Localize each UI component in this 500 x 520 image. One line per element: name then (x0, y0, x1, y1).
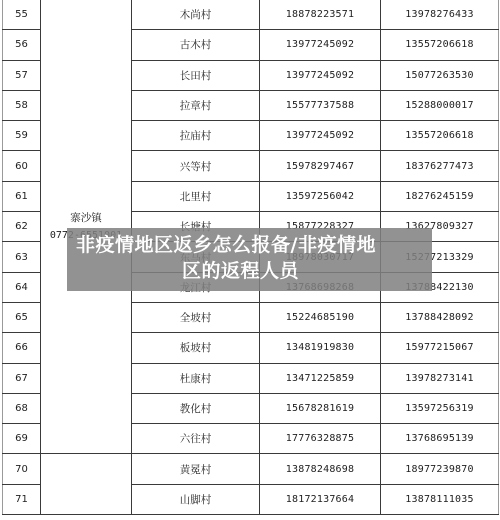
village-name-cell: 教化村 (132, 393, 260, 423)
row-number-cell: 62 (3, 212, 41, 242)
contact-phone-1-cell: 13977245092 (260, 121, 381, 151)
row-number-cell: 56 (3, 30, 41, 60)
row-number-cell: 69 (3, 424, 41, 454)
row-number-cell: 58 (3, 90, 41, 120)
contact-phone-1-cell: 15577737588 (260, 90, 381, 120)
village-name-cell: 兴等村 (132, 151, 260, 181)
row-number-cell: 63 (3, 242, 41, 272)
table-row: 70黄冕村1387824869818977239870 (3, 454, 499, 484)
contact-phone-2-cell: 13788428092 (381, 302, 499, 332)
row-number-cell: 64 (3, 272, 41, 302)
town-name: 寨沙镇 (41, 210, 131, 227)
contact-phone-2-cell: 18977239870 (381, 454, 499, 484)
village-name-cell: 长田村 (132, 60, 260, 90)
village-name-cell: 六往村 (132, 424, 260, 454)
village-name-cell: 板坡村 (132, 333, 260, 363)
contact-phone-1-cell: 15224685190 (260, 302, 381, 332)
banner-title-line-1: 非疫情地区返乡怎么报备/非疫情地 (67, 232, 432, 258)
contact-phone-2-cell: 13557206618 (381, 30, 499, 60)
village-name-cell: 黄冕村 (132, 454, 260, 484)
table-row: 55寨沙镇0772-6551001木尚村18878223571139782764… (3, 0, 499, 30)
row-number-cell: 61 (3, 181, 41, 211)
row-number-cell: 66 (3, 333, 41, 363)
village-name-cell: 全坡村 (132, 302, 260, 332)
village-name-cell: 杜康村 (132, 363, 260, 393)
village-name-cell: 山脚村 (132, 484, 260, 514)
contact-phone-2-cell: 13597256319 (381, 393, 499, 423)
contact-phone-2-cell: 15077263530 (381, 60, 499, 90)
town-cell: 寨沙镇0772-6551001 (41, 0, 132, 454)
contact-phone-1-cell: 15678281619 (260, 393, 381, 423)
contact-phone-1-cell: 13878248698 (260, 454, 381, 484)
contact-phone-1-cell: 13977245092 (260, 30, 381, 60)
row-number-cell: 67 (3, 363, 41, 393)
town-cell (41, 454, 132, 515)
village-name-cell: 木尚村 (132, 0, 260, 30)
contact-phone-2-cell: 15977215067 (381, 333, 499, 363)
contact-phone-2-cell: 13878111035 (381, 484, 499, 514)
contact-phone-2-cell: 15288000017 (381, 90, 499, 120)
contact-phone-2-cell: 18276245159 (381, 181, 499, 211)
document-page: 55寨沙镇0772-6551001木尚村18878223571139782764… (0, 0, 500, 520)
row-number-cell: 68 (3, 393, 41, 423)
contact-phone-2-cell: 13768695139 (381, 424, 499, 454)
contact-phone-1-cell: 15978297467 (260, 151, 381, 181)
contact-phone-1-cell: 13597256042 (260, 181, 381, 211)
contact-phone-1-cell: 18172137664 (260, 484, 381, 514)
contact-phone-2-cell: 13557206618 (381, 121, 499, 151)
contact-phone-2-cell: 13978276433 (381, 0, 499, 30)
contact-phone-1-cell: 13977245092 (260, 60, 381, 90)
village-name-cell: 古木村 (132, 30, 260, 60)
banner-title-line-2: 区的返程人员 (67, 258, 432, 284)
contact-phone-2-cell: 13978273141 (381, 363, 499, 393)
contact-phone-1-cell: 13471225859 (260, 363, 381, 393)
contact-phone-1-cell: 18878223571 (260, 0, 381, 30)
row-number-cell: 57 (3, 60, 41, 90)
village-name-cell: 北里村 (132, 181, 260, 211)
contact-phone-1-cell: 13481919830 (260, 333, 381, 363)
village-name-cell: 拉庙村 (132, 121, 260, 151)
row-number-cell: 71 (3, 484, 41, 514)
row-number-cell: 65 (3, 302, 41, 332)
row-number-cell: 60 (3, 151, 41, 181)
contact-phone-1-cell: 17776328875 (260, 424, 381, 454)
row-number-cell: 59 (3, 121, 41, 151)
row-number-cell: 55 (3, 0, 41, 30)
contact-phone-2-cell: 18376277473 (381, 151, 499, 181)
row-number-cell: 70 (3, 454, 41, 484)
village-name-cell: 拉章村 (132, 90, 260, 120)
title-overlay-banner: 非疫情地区返乡怎么报备/非疫情地 区的返程人员 (67, 228, 432, 291)
